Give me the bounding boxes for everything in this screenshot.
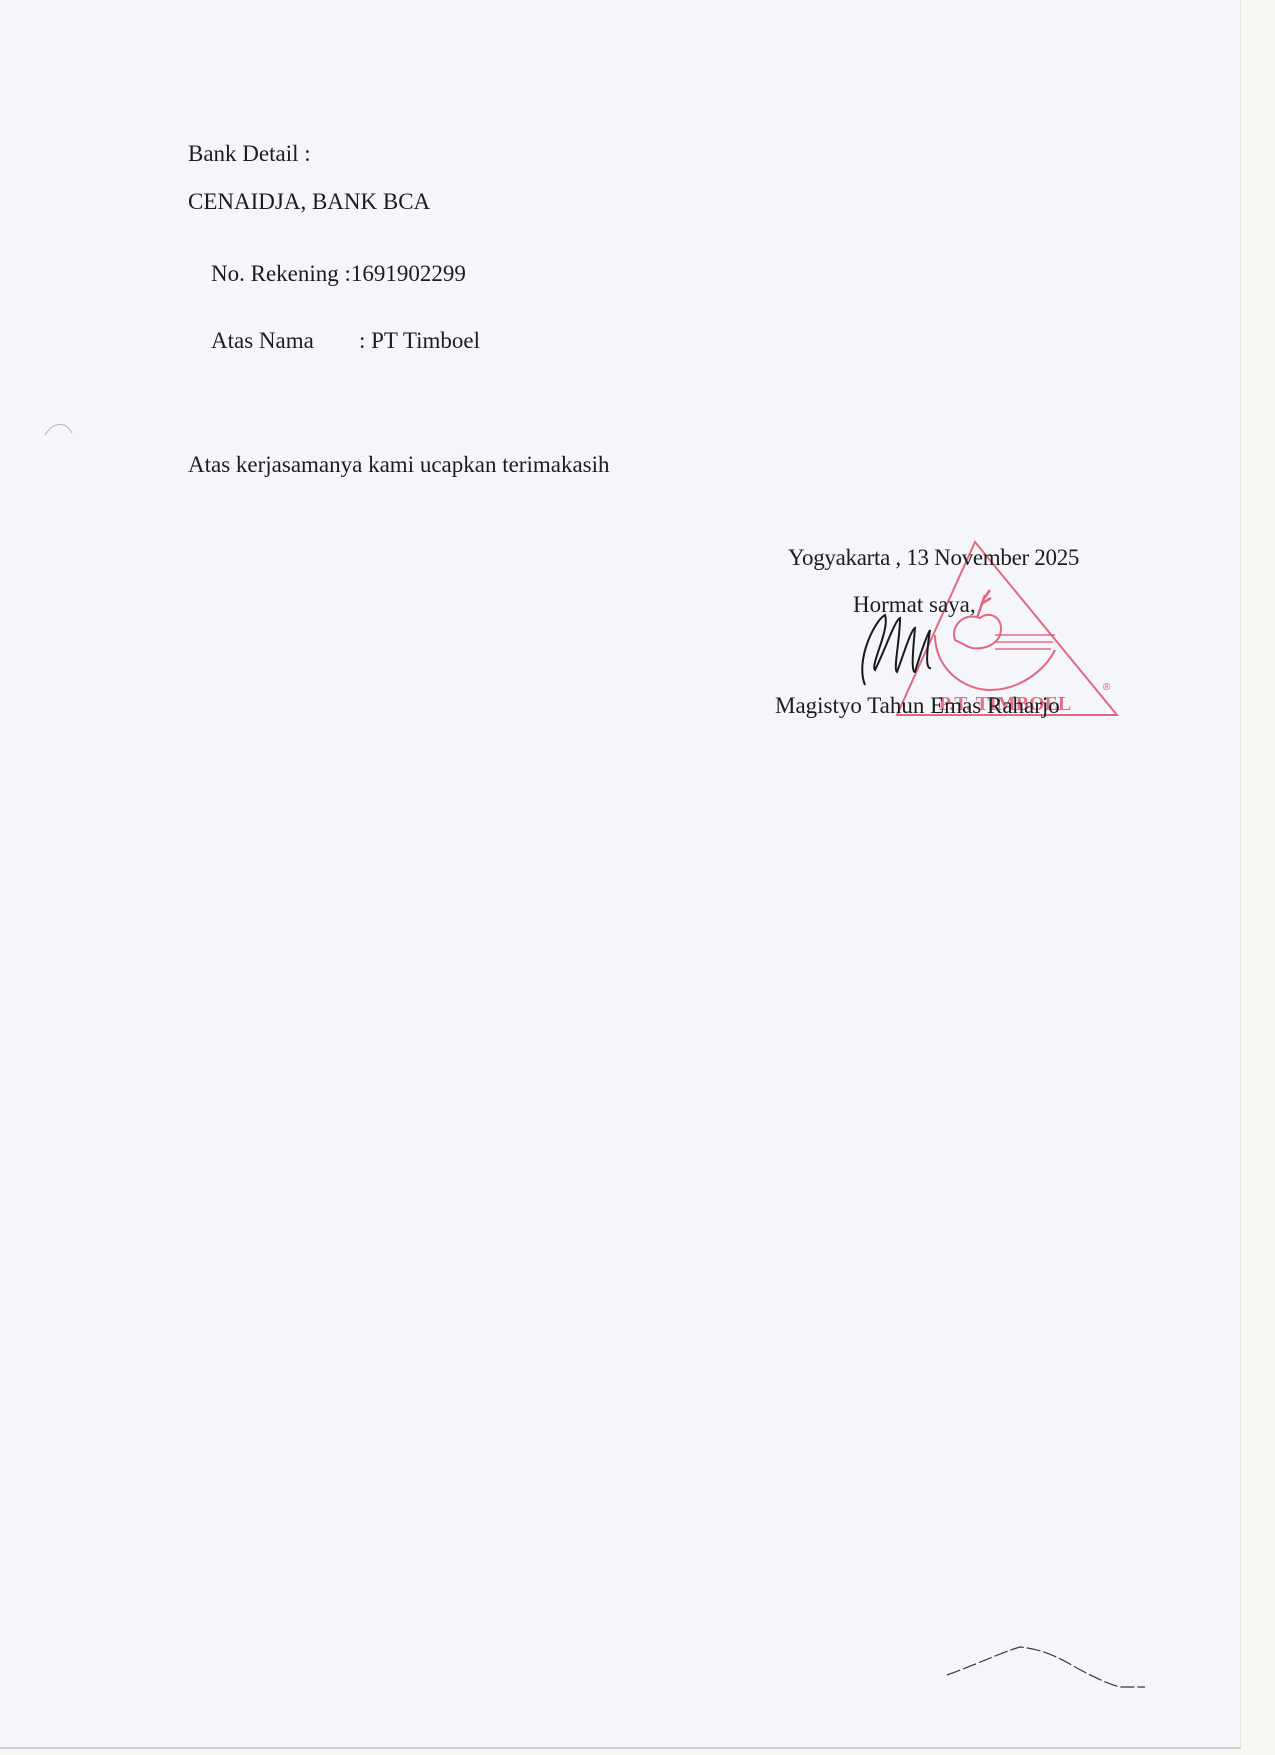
- bank-name: CENAIDJA, BANK BCA: [188, 190, 430, 213]
- document-page: Bank Detail : CENAIDJA, BANK BCA No. Rek…: [0, 0, 1241, 1749]
- stamp-registered-mark: ®: [1103, 682, 1111, 693]
- holder-row: Atas Nama: PT Timboel: [188, 306, 480, 375]
- holder-separator: :: [359, 328, 371, 353]
- closing-text: Atas kerjasamanya kami ucapkan terimakas…: [188, 453, 610, 476]
- scan-mark: [40, 415, 80, 455]
- place-date: Yogyakarta , 13 November 2025: [788, 546, 1079, 569]
- holder-name: PT Timboel: [371, 328, 480, 353]
- bank-detail-heading: Bank Detail :: [188, 142, 311, 165]
- account-label: No. Rekening: [211, 261, 339, 286]
- holder-label: Atas Nama: [211, 329, 359, 352]
- scan-crease: [945, 1635, 1145, 1695]
- account-row: No. Rekening :1691902299: [188, 239, 466, 308]
- account-separator: :: [339, 261, 351, 286]
- signer-name: Magistyo Tahun Emas Raharjo: [775, 694, 1060, 717]
- account-number: 1691902299: [351, 261, 466, 286]
- signature: [845, 610, 955, 690]
